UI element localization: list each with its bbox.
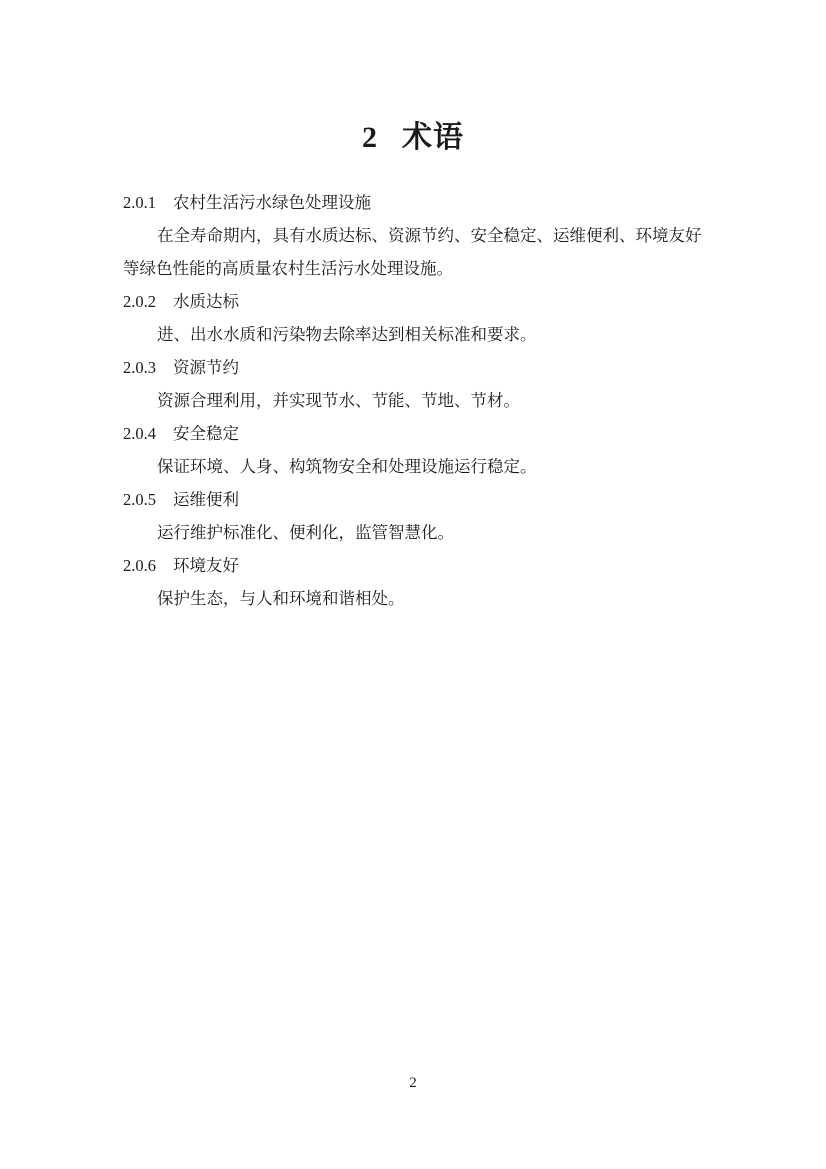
term-title: 农村生活污水绿色处理设施	[173, 193, 371, 212]
term-number: 2.0.2	[123, 285, 156, 318]
term-section: 2.0.1农村生活污水绿色处理设施 在全寿命期内，具有水质达标、资源节约、安全稳…	[123, 186, 723, 285]
term-number: 2.0.1	[123, 186, 156, 219]
term-heading: 2.0.6环境友好	[123, 549, 723, 582]
chapter-title: 2术语	[123, 118, 703, 158]
term-section: 2.0.3资源节约 资源合理利用，并实现节水、节能、节地、节材。	[123, 351, 723, 417]
term-title: 水质达标	[173, 292, 239, 311]
term-section: 2.0.4安全稳定 保证环境、人身、构筑物安全和处理设施运行稳定。	[123, 417, 723, 483]
term-heading: 2.0.4安全稳定	[123, 417, 723, 450]
term-definition: 保证环境、人身、构筑物安全和处理设施运行稳定。	[123, 450, 723, 483]
term-number: 2.0.5	[123, 483, 156, 516]
term-heading: 2.0.2水质达标	[123, 285, 723, 318]
page-number: 2	[0, 1072, 826, 1094]
term-title: 安全稳定	[173, 424, 239, 443]
term-number: 2.0.4	[123, 417, 156, 450]
term-section: 2.0.5运维便利 运行维护标准化、便利化，监管智慧化。	[123, 483, 723, 549]
term-section: 2.0.2水质达标 进、出水水质和污染物去除率达到相关标准和要求。	[123, 285, 723, 351]
term-section: 2.0.6环境友好 保护生态，与人和环境和谐相处。	[123, 549, 723, 615]
term-heading: 2.0.3资源节约	[123, 351, 723, 384]
term-number: 2.0.3	[123, 351, 156, 384]
document-page: 2术语 2.0.1农村生活污水绿色处理设施 在全寿命期内，具有水质达标、资源节约…	[0, 0, 826, 1169]
term-heading: 2.0.1农村生活污水绿色处理设施	[123, 186, 723, 219]
chapter-number: 2	[362, 121, 378, 154]
term-number: 2.0.6	[123, 549, 156, 582]
term-definition: 资源合理利用，并实现节水、节能、节地、节材。	[123, 384, 723, 417]
term-title: 运维便利	[173, 490, 239, 509]
term-title: 资源节约	[173, 358, 239, 377]
term-definition: 在全寿命期内，具有水质达标、资源节约、安全稳定、运维便利、环境友好 等绿色性能的…	[123, 219, 723, 285]
term-definition: 进、出水水质和污染物去除率达到相关标准和要求。	[123, 318, 723, 351]
chapter-title-text: 术语	[402, 121, 464, 154]
term-title: 环境友好	[173, 556, 239, 575]
term-definition: 运行维护标准化、便利化，监管智慧化。	[123, 516, 723, 549]
term-definition: 保护生态，与人和环境和谐相处。	[123, 582, 723, 615]
term-heading: 2.0.5运维便利	[123, 483, 723, 516]
document-content: 2术语 2.0.1农村生活污水绿色处理设施 在全寿命期内，具有水质达标、资源节约…	[123, 0, 723, 615]
